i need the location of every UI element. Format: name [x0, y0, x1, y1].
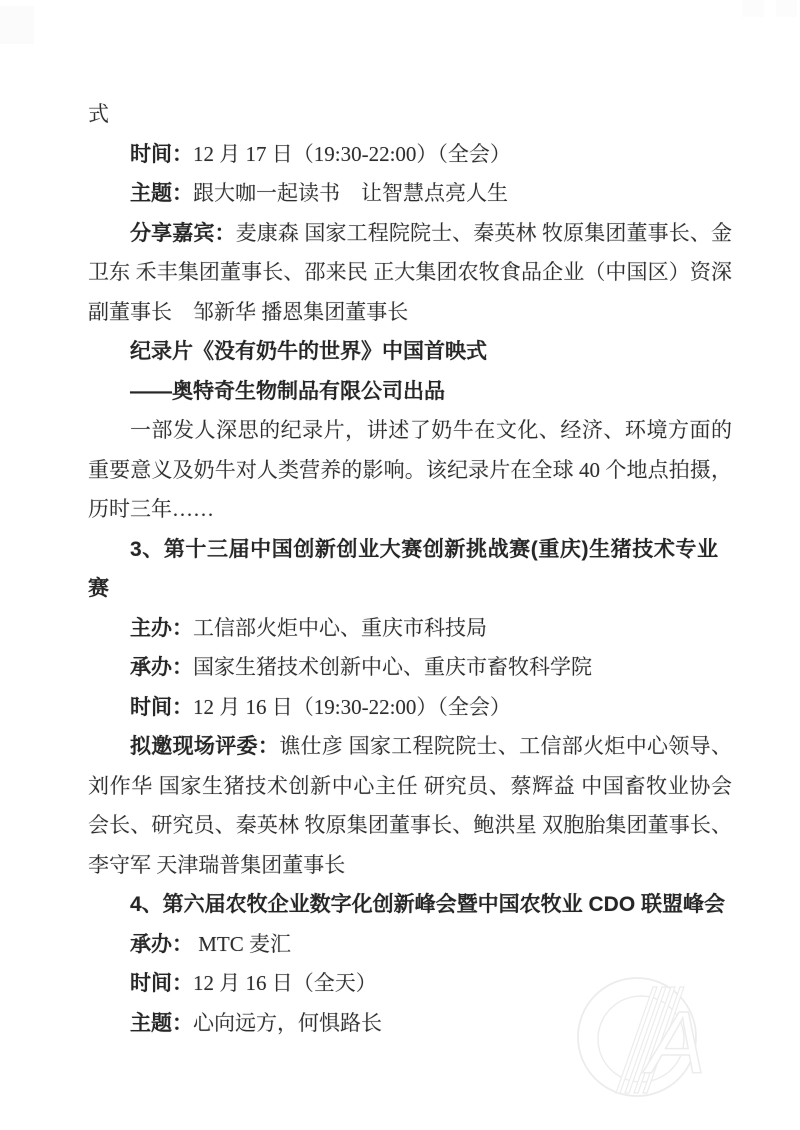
paragraph-text: 12 月 17 日（19:30-22:00）（全会） — [193, 142, 511, 166]
film-producer-line: ——奥特奇生物制品有限公司出品 — [88, 372, 732, 412]
time-line: 时间：12 月 16 日（19:30-22:00）（全会） — [88, 688, 732, 728]
scan-artifact — [742, 0, 764, 17]
paragraph-text: 工信部火炬中心、重庆市科技局 — [193, 616, 487, 640]
judges-paragraph: 拟邀现场评委：谯仕彦 国家工程院院士、工信部火炬中心领导、刘作华 国家生猪技术创… — [88, 727, 732, 885]
organizer-line: 主办：工信部火炬中心、重庆市科技局 — [88, 609, 732, 649]
field-label: 承办： — [130, 656, 193, 679]
scan-artifact — [776, 0, 797, 17]
continuation-line: 式 — [88, 95, 732, 135]
scanned-document-page: 式 时间：12 月 17 日（19:30-22:00）（全会） 主题：跟大咖一起… — [0, 0, 800, 1130]
paragraph-text: 国家生猪技术创新中心、重庆市畜牧科学院 — [193, 655, 592, 679]
paragraph-text: 12 月 16 日（全天） — [193, 971, 377, 995]
paragraph-text: 跟大咖一起读书 让智慧点亮人生 — [193, 181, 508, 205]
co-organizer-line: 承办： MTC 麦汇 — [88, 925, 732, 965]
field-label: 时间： — [130, 143, 193, 166]
paragraph-text: 心向远方，何惧路长 — [193, 1011, 382, 1035]
theme-line: 主题：心向远方，何惧路长 — [88, 1004, 732, 1044]
field-label: 分享嘉宾： — [130, 222, 236, 245]
paragraph-text: 3、第十三届中国创新创业大赛创新挑战赛(重庆)生猪技术专业赛 — [88, 538, 718, 601]
document-body: 式 时间：12 月 17 日（19:30-22:00）（全会） 主题：跟大咖一起… — [88, 95, 732, 1043]
paragraph-text: MTC 麦汇 — [193, 932, 291, 956]
paragraph-text: 一部发人深思的纪录片，讲述了奶牛在文化、经济、环境方面的重要意义及奶牛对人类营养… — [88, 418, 732, 521]
scan-artifact — [0, 6, 34, 44]
field-label: 时间： — [130, 972, 193, 995]
paragraph-text: 12 月 16 日（19:30-22:00）（全会） — [193, 695, 511, 719]
time-line: 时间：12 月 16 日（全天） — [88, 964, 732, 1004]
field-label: 承办： — [130, 933, 193, 956]
field-label: 主题： — [130, 182, 193, 205]
paragraph-text: 纪录片《没有奶牛的世界》中国首映式 — [130, 340, 487, 363]
paragraph-text: 式 — [88, 102, 109, 126]
field-label: 拟邀现场评委： — [130, 735, 279, 758]
paragraph-text: 4、第六届农牧企业数字化创新峰会暨中国农牧业 CDO 联盟峰会 — [130, 893, 725, 916]
theme-line: 主题：跟大咖一起读书 让智慧点亮人生 — [88, 174, 732, 214]
field-label: 主办： — [130, 617, 193, 640]
co-organizer-line: 承办：国家生猪技术创新中心、重庆市畜牧科学院 — [88, 648, 732, 688]
paragraph-text: ——奥特奇生物制品有限公司出品 — [130, 380, 445, 403]
film-premiere-heading: 纪录片《没有奶牛的世界》中国首映式 — [88, 332, 732, 372]
film-description-paragraph: 一部发人深思的纪录片，讲述了奶牛在文化、经济、环境方面的重要意义及奶牛对人类营养… — [88, 411, 732, 530]
guests-paragraph: 分享嘉宾：麦康森 国家工程院院士、秦英林 牧原集团董事长、金卫东 禾丰集团董事长… — [88, 214, 732, 333]
field-label: 主题： — [130, 1012, 193, 1035]
event-4-heading: 4、第六届农牧企业数字化创新峰会暨中国农牧业 CDO 联盟峰会 — [88, 885, 732, 925]
event-3-heading: 3、第十三届中国创新创业大赛创新挑战赛(重庆)生猪技术专业赛 — [88, 530, 718, 609]
field-label: 时间： — [130, 696, 193, 719]
time-line: 时间：12 月 17 日（19:30-22:00）（全会） — [88, 135, 732, 175]
